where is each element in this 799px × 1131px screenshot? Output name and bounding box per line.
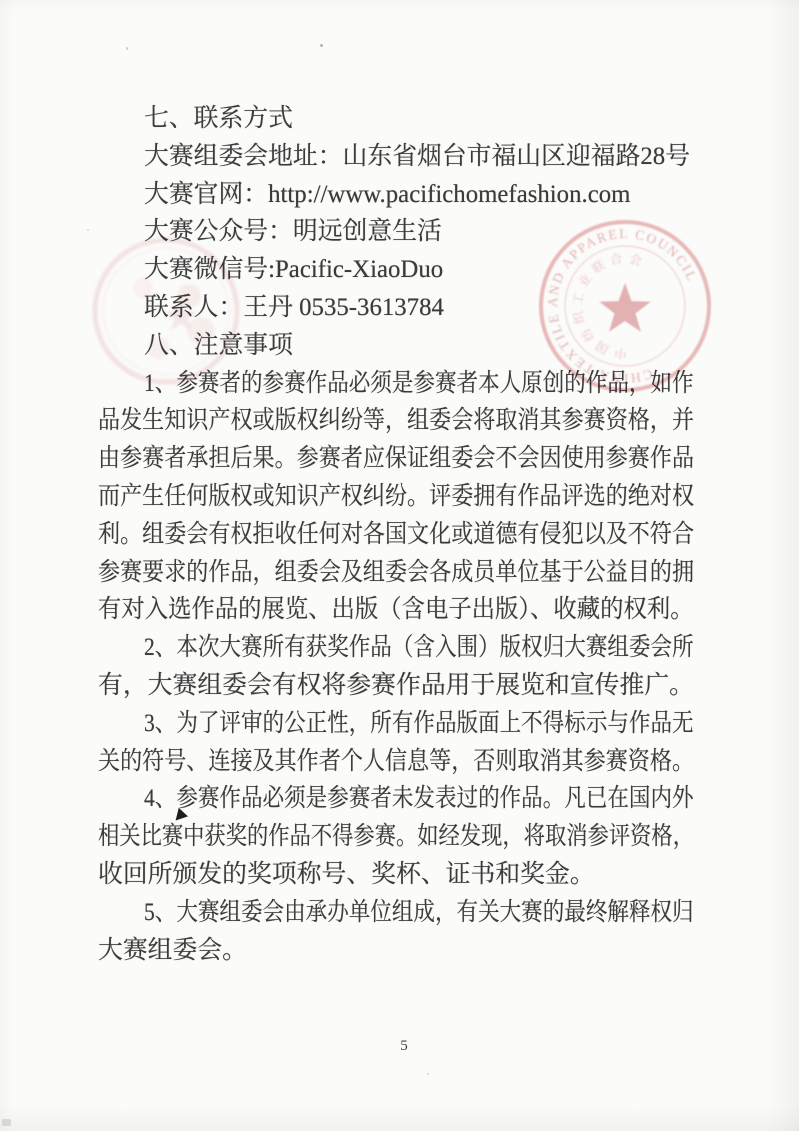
text-line: 大赛官网：http://www.pacifichomefashion.com [144,176,694,214]
text-line: 大赛微信号:Pacific-XiaoDuo [144,251,694,289]
text-line: 有对入选作品的展览、出版（含电子出版）、收藏的权利。 [98,591,659,629]
text-line: 大赛组委会地址：山东省烟台市福山区迎福路28号 [144,138,694,176]
text-line: 4、参赛作品必须是参赛者未发表过的作品。凡已在国内外 [144,780,622,818]
document-body: 七、联系方式大赛组委会地址：山东省烟台市福山区迎福路28号大赛官网：http:/… [98,100,698,969]
text-line: 大赛公众号：明远创意生活 [144,213,694,251]
text-line: 有，大赛组委会有权将参赛作品用于展览和宣传推广。 [98,667,694,705]
text-line: 七、联系方式 [144,100,694,138]
text-line: 品发生知识产权或版权纠纷等，组委会将取消其参赛资格，并 [98,402,628,440]
scan-speck [126,47,128,50]
scan-speck [87,229,89,231]
scan-speck [320,44,323,47]
scanned-document-page: 七、联系方式大赛组委会地址：山东省烟台市福山区迎福路28号大赛官网：http:/… [0,0,799,1131]
text-line: 关的符号、连接及其作者个人信息等，否则取消其参赛资格。 [98,743,628,781]
text-line: 参赛要求的作品，组委会及组委会各成员单位基于公益目的拥 [98,554,628,592]
text-line: 相关比赛中获奖的作品不得参赛。如经发现，将取消参评资格， [98,818,609,856]
text-line: 大赛组委会。 [98,932,694,970]
scan-speck [427,1073,429,1075]
scan-speck [2,1119,11,1126]
page-number: 5 [394,1038,414,1055]
text-line: 3、为了评审的公正性，所有作品版面上不得标示与作品无 [144,705,622,743]
text-line: 八、注意事项 [144,327,694,365]
text-line: 联系人：王丹 0535-3613784 [144,289,694,327]
text-line: 由参赛者承担后果。参赛者应保证组委会不会因使用参赛作品 [98,440,628,478]
text-line: 5、大赛组委会由承办单位组成，有关大赛的最终解释权归 [144,894,622,932]
text-line: 利。组委会有权拒收任何对各国文化或道德有侵犯以及不符合 [98,516,628,554]
text-line: 收回所颁发的奖项称号、奖杯、证书和奖金。 [98,856,694,894]
text-line: 1、参赛者的参赛作品必须是参赛者本人原创的作品，如作 [144,365,622,403]
text-line: 2、本次大赛所有获奖作品（含入围）版权归大赛组委会所 [144,629,622,667]
text-line: 而产生任何版权或知识产权纠纷。评委拥有作品评选的绝对权 [98,478,628,516]
